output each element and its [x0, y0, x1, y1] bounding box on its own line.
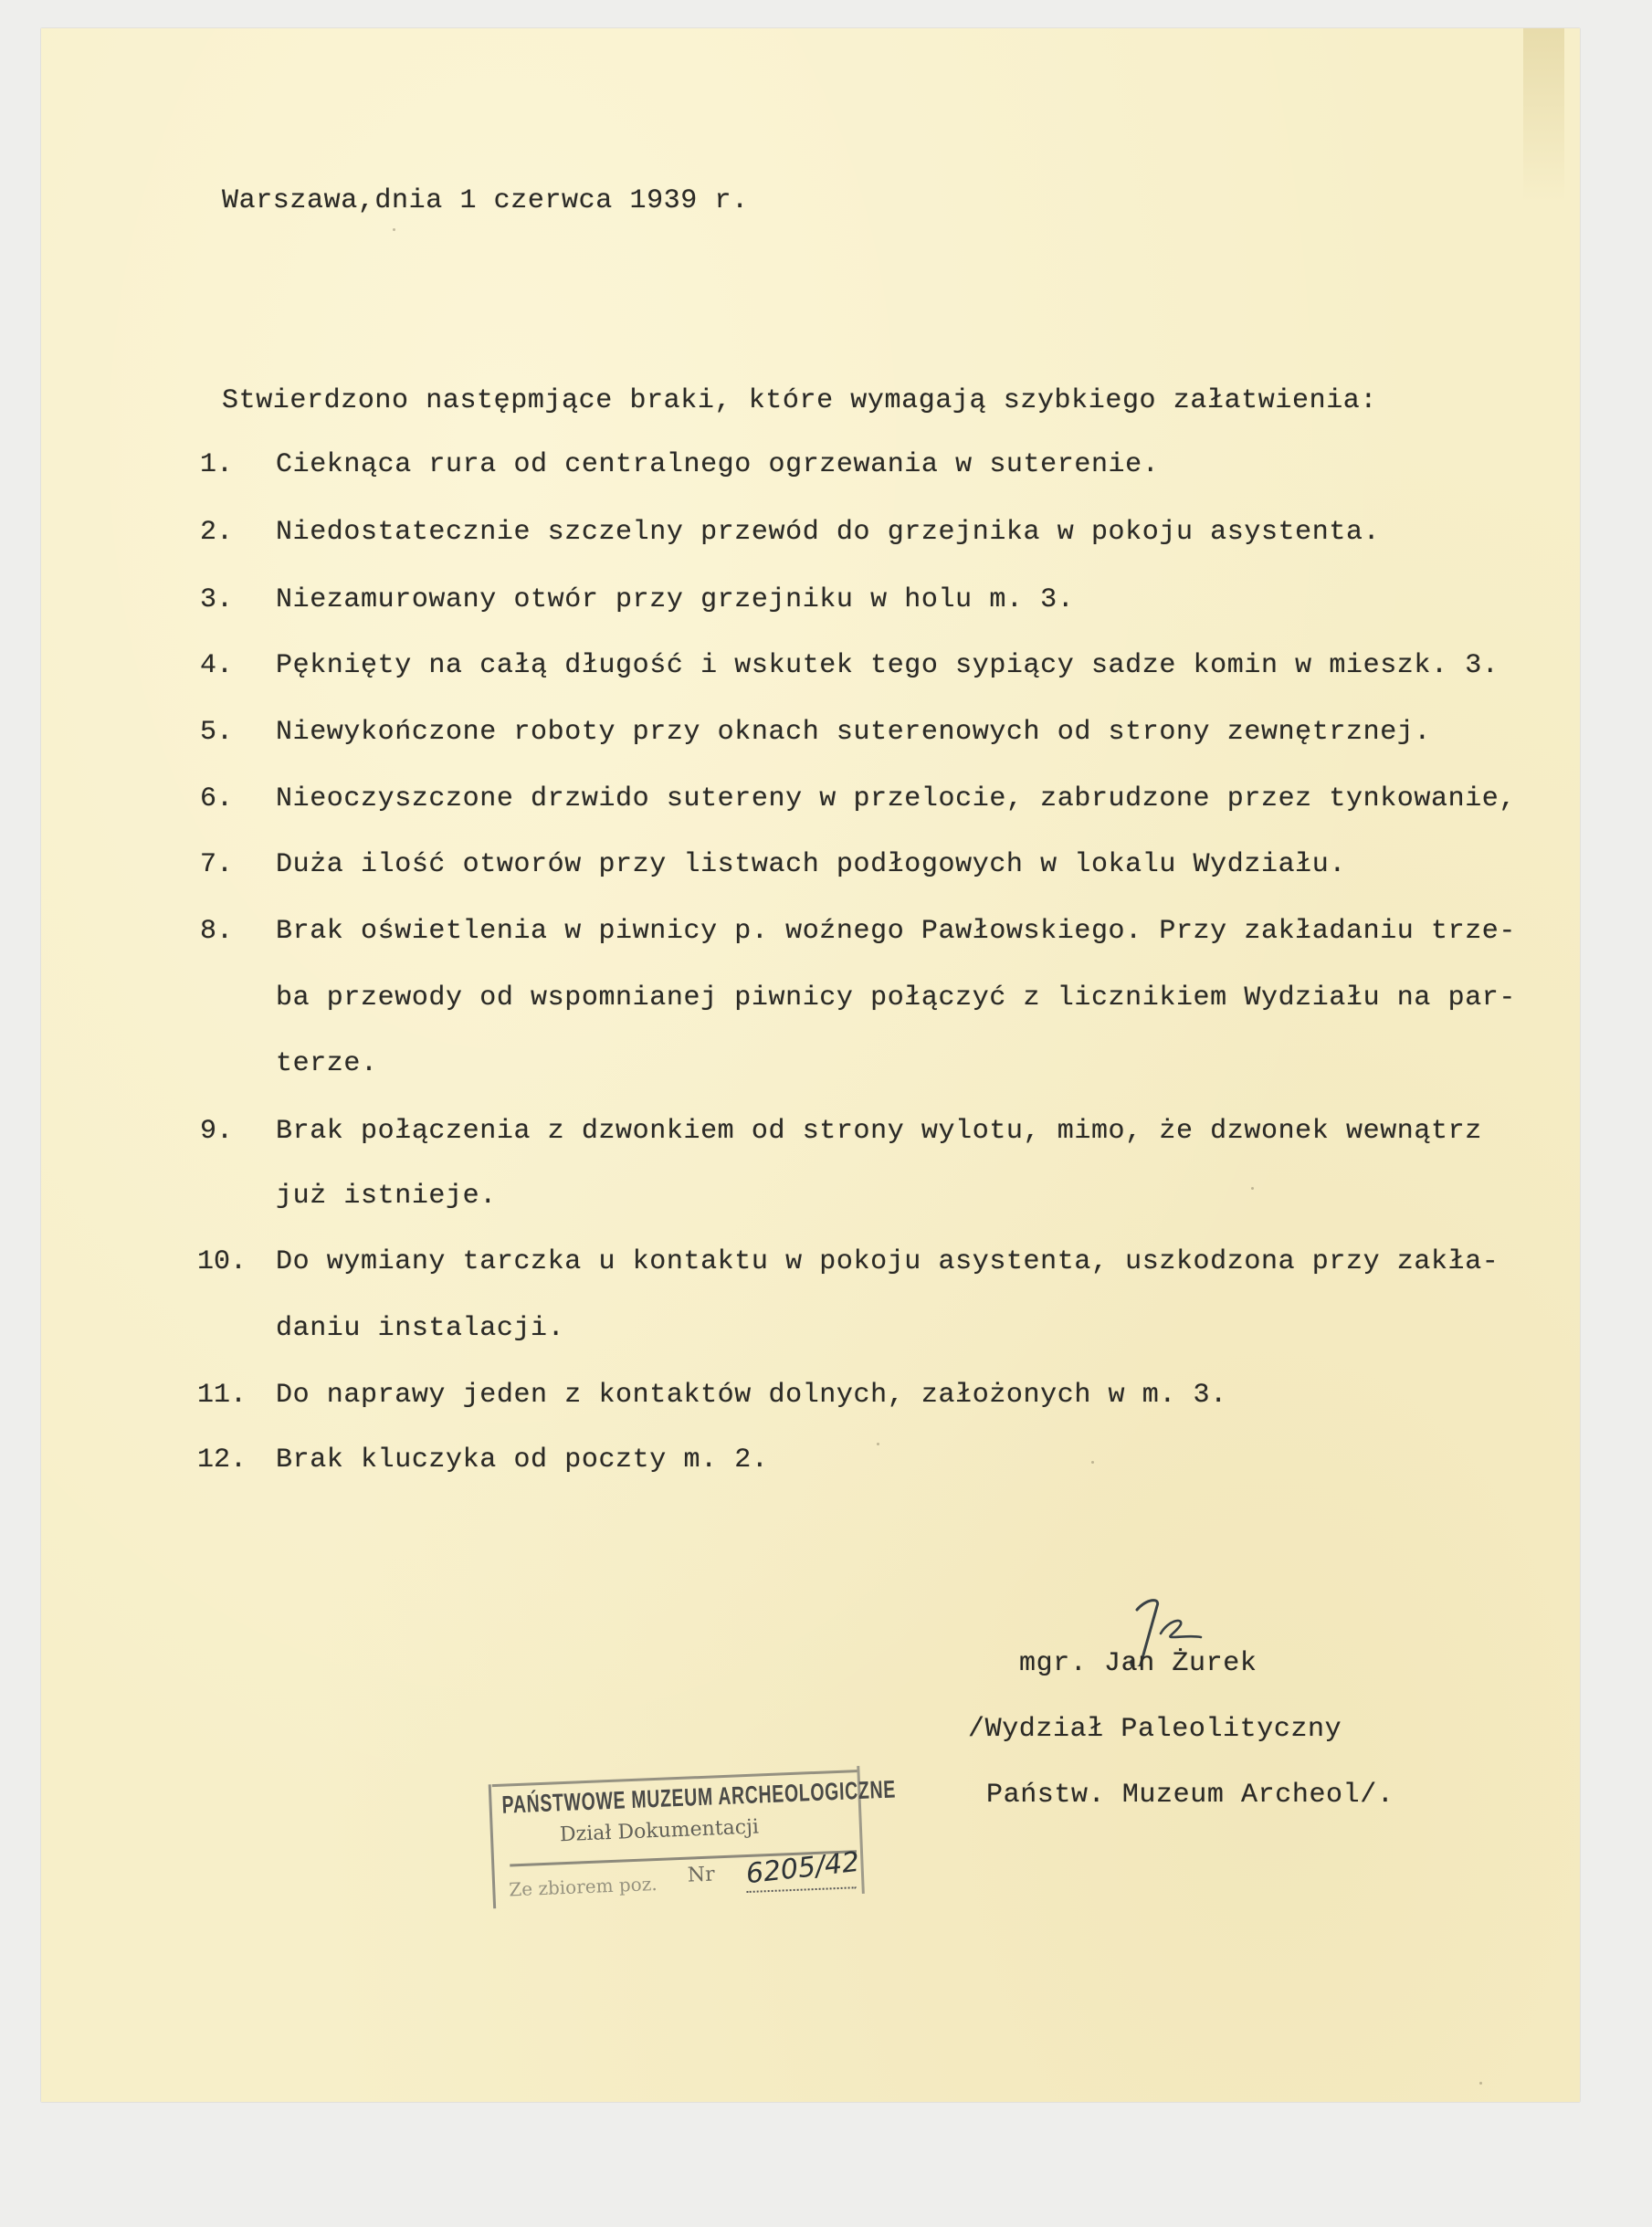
item-number: 7. — [169, 849, 233, 880]
signatory-name: mgr. Jan Żurek — [1019, 1648, 1257, 1679]
item-number: 9. — [169, 1116, 233, 1147]
paper-speck — [877, 1443, 879, 1445]
item-number: 3. — [169, 584, 233, 615]
item-text-continuation: już istnieje. — [276, 1181, 497, 1212]
stamp-number-label: Nr — [687, 1863, 715, 1886]
item-text: Brak kluczyka od poczty m. 2. — [276, 1444, 769, 1476]
item-text-continuation: daniu instalacji. — [276, 1313, 564, 1344]
item-text: Do naprawy jeden z kontaktów dolnych, za… — [276, 1380, 1227, 1411]
item-number: 1. — [169, 449, 233, 480]
paper-speck — [1479, 2082, 1482, 2085]
item-text: Do wymiany tarczka u kontaktu w pokoju a… — [276, 1246, 1499, 1277]
item-number: 4. — [169, 650, 233, 681]
item-number: 6. — [169, 783, 233, 814]
item-number: 8. — [169, 916, 233, 947]
item-number: 10. — [183, 1246, 247, 1277]
stamp-department: Dział Dokumentacji — [560, 1815, 760, 1846]
item-text: Niedostatecznie szczelny przewód do grze… — [276, 517, 1380, 548]
archive-stamp: PAŃSTWOWE MUZEUM ARCHEOLOGICZNE Dział Do… — [484, 1757, 873, 1909]
item-number: 2. — [169, 517, 233, 548]
item-text: Niezamurowany otwór przy grzejniku w hol… — [276, 584, 1074, 615]
paper-speck — [393, 228, 395, 231]
item-number: 12. — [183, 1444, 247, 1476]
signatory-department: /Wydział Paleolityczny — [968, 1714, 1342, 1745]
stamp-number-value: 6205/42 — [744, 1846, 861, 1890]
paper-speck — [1091, 1461, 1094, 1464]
signatory-organization: Państw. Muzeum Archeol/. — [986, 1780, 1394, 1811]
item-text-continuation: ba przewody od wspomnianej piwnicy połąc… — [276, 982, 1516, 1014]
item-number: 5. — [169, 717, 233, 748]
item-text-continuation: terze. — [276, 1048, 378, 1079]
stamp-collection-label: Ze zbiorem poz. — [509, 1873, 658, 1900]
item-text: Pęknięty na całą długość i wskutek tego … — [276, 650, 1499, 681]
item-text: Duża ilość otworów przy listwach podłogo… — [276, 849, 1346, 880]
item-text: Nieoczyszczone drzwido sutereny w przelo… — [276, 783, 1516, 814]
item-number: 11. — [183, 1380, 247, 1411]
place-date: Warszawa,dnia 1 czerwca 1939 r. — [222, 185, 749, 216]
stamp-frame — [489, 1784, 496, 1908]
item-text: Brak oświetlenia w piwnicy p. woźnego Pa… — [276, 916, 1516, 947]
paper-speck — [1251, 1187, 1254, 1190]
item-text: Brak połączenia z dzwonkiem od strony wy… — [276, 1116, 1482, 1147]
item-text: Cieknąca rura od centralnego ogrzewania … — [276, 449, 1159, 480]
item-text: Niewykończone roboty przy oknach suteren… — [276, 717, 1431, 748]
intro-sentence: Stwierdzono następmjące braki, które wym… — [222, 385, 1377, 416]
